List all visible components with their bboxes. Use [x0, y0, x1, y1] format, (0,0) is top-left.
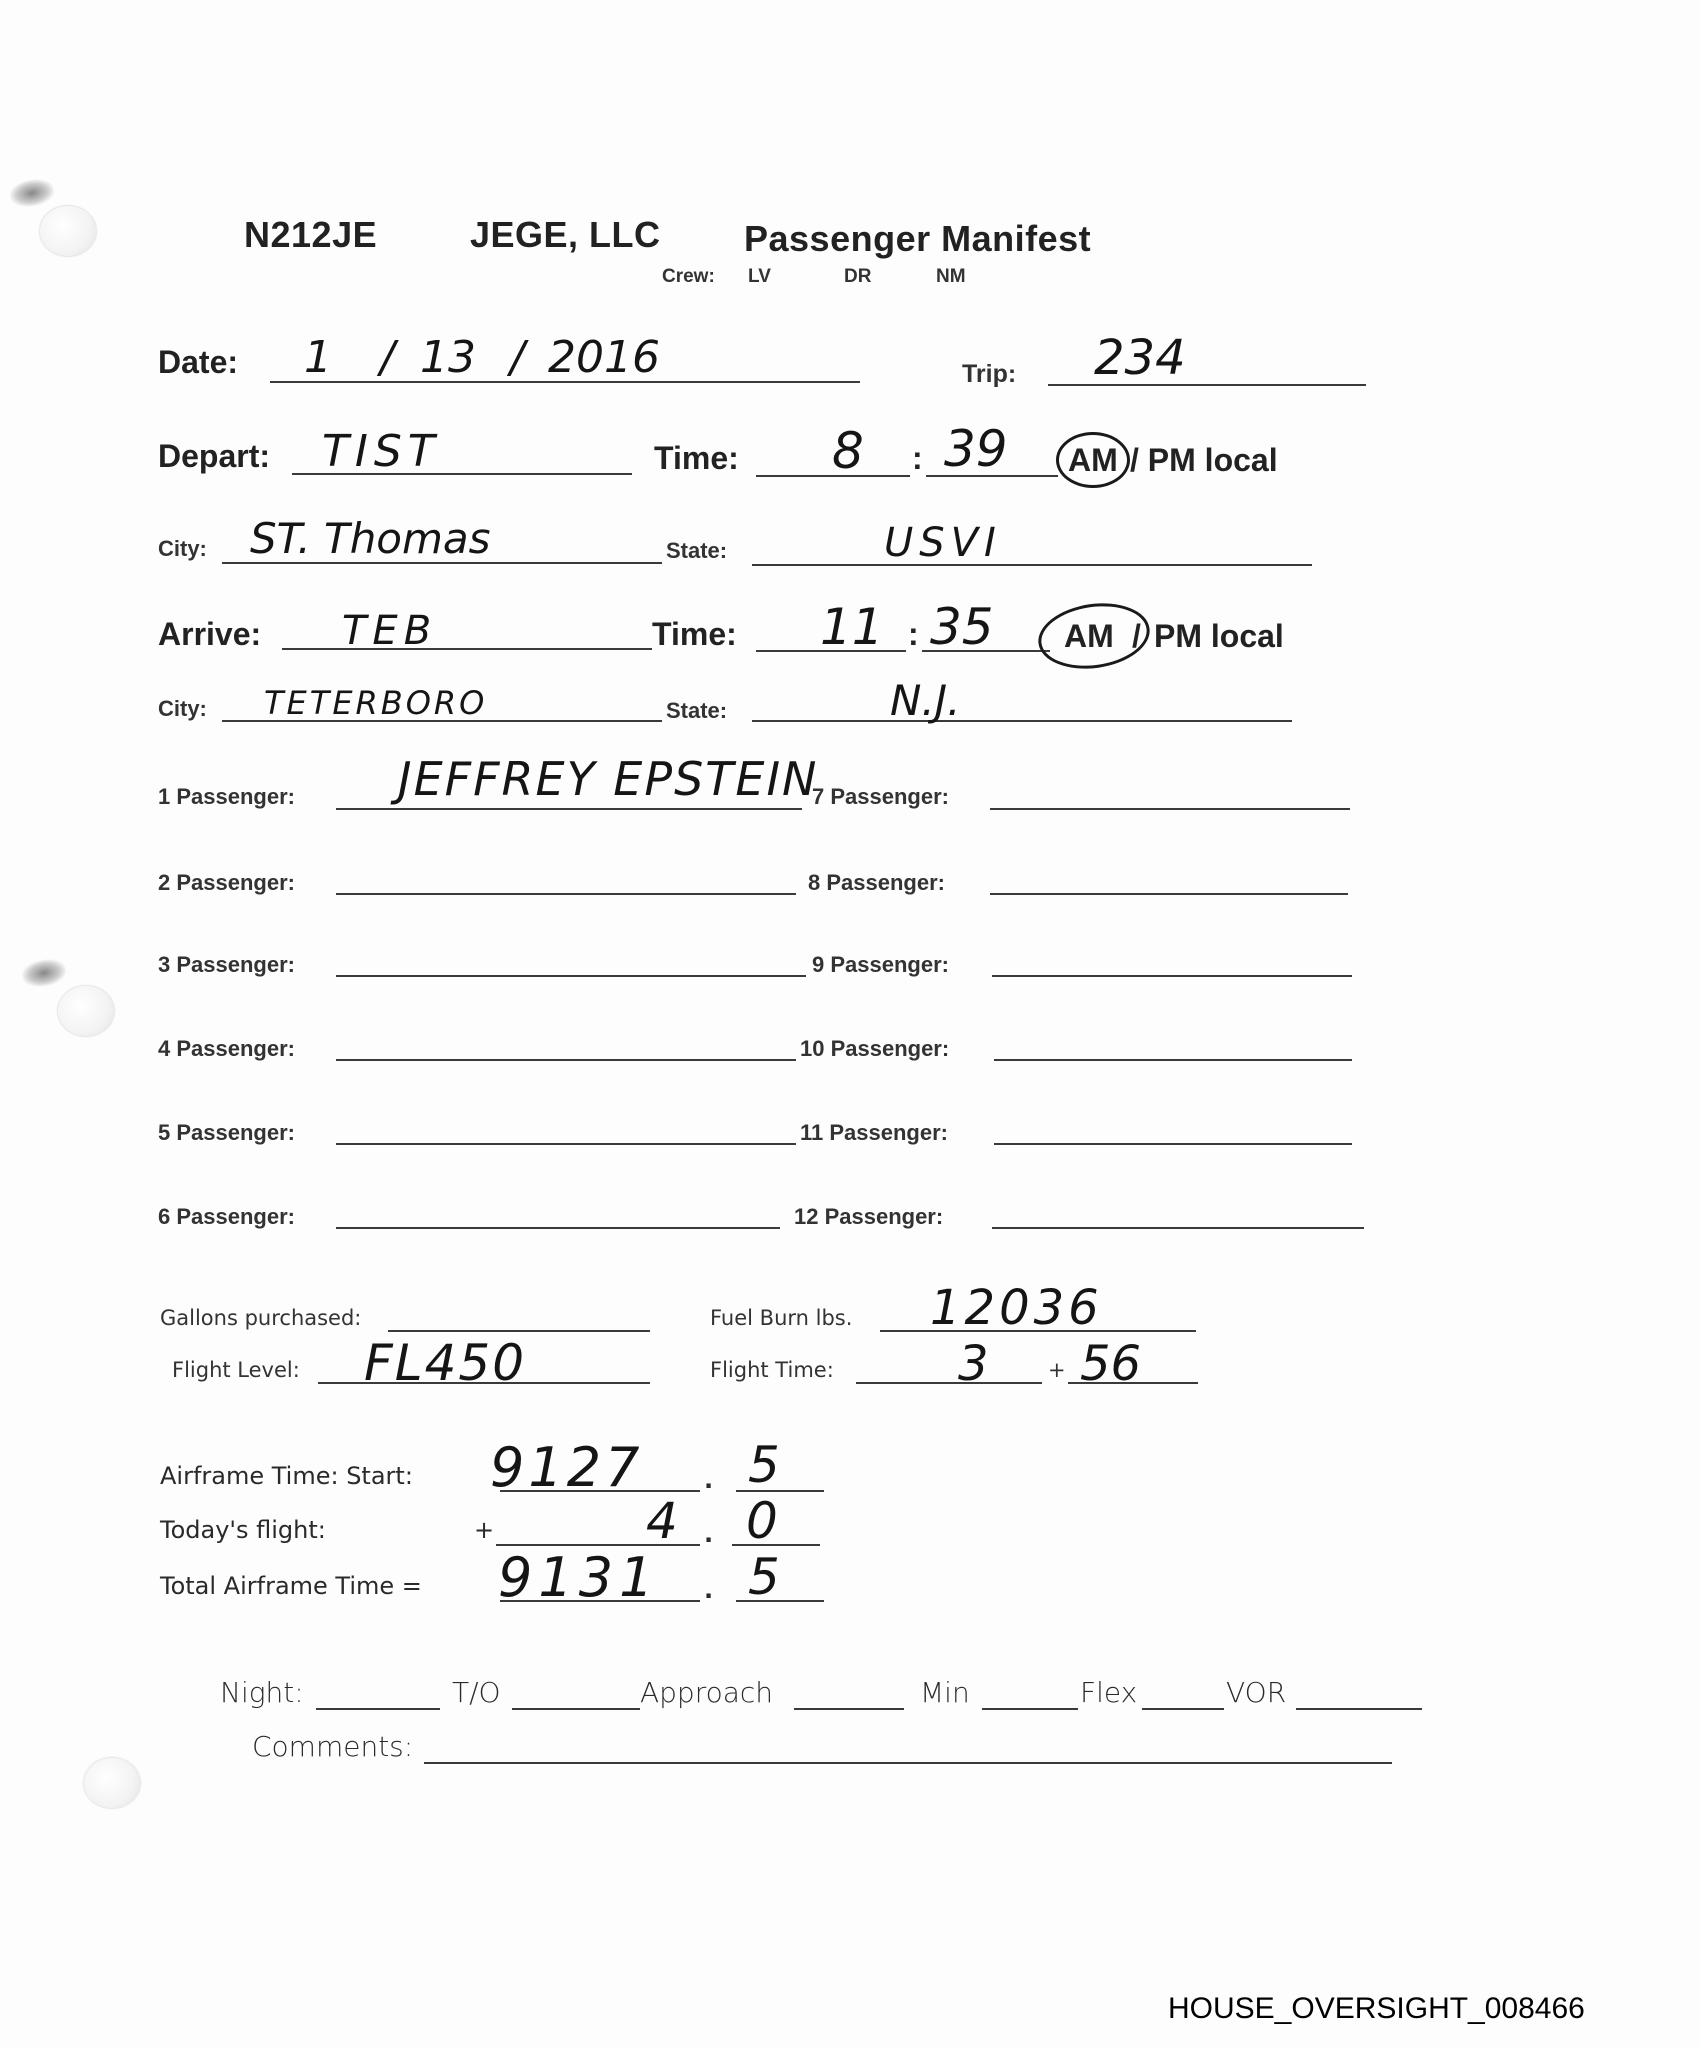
total-airframe-label: Total Airframe Time = [160, 1572, 422, 1600]
minimums-field[interactable] [982, 1708, 1078, 1710]
vor-field[interactable] [1296, 1708, 1422, 1710]
passenger-11-field[interactable] [994, 1143, 1352, 1145]
todays-flight-dot: . [704, 1520, 713, 1548]
passenger-12-label: 12 Passenger: [794, 1204, 943, 1230]
arrive-time-colon: : [908, 616, 919, 653]
passenger-10-label: 10 Passenger: [800, 1036, 949, 1062]
passenger-1-label: 1 Passenger: [158, 784, 295, 810]
arrive-pm-option[interactable]: PM local [1154, 618, 1284, 655]
passenger-4-label: 4 Passenger: [158, 1036, 295, 1062]
tail-number: N212JE [244, 214, 377, 256]
hole-punch [58, 986, 114, 1036]
depart-minute: 39 [944, 420, 1008, 478]
hole-punch [84, 1758, 140, 1808]
flight-level-value: FL450 [364, 1334, 526, 1392]
arrive-label: Arrive: [158, 616, 261, 653]
airframe-start-label: Airframe Time: Start: [160, 1462, 413, 1490]
bates-number: HOUSE_OVERSIGHT_008466 [1168, 1992, 1585, 2026]
passenger-5-label: 5 Passenger: [158, 1120, 295, 1146]
passenger-10-field[interactable] [994, 1059, 1352, 1061]
fuel-burn-label: Fuel Burn lbs. [710, 1306, 852, 1330]
todays-flight-tenth: 0 [746, 1492, 778, 1550]
depart-value: TIST [322, 426, 441, 477]
todays-flight-whole: 4 [646, 1492, 678, 1550]
depart-state-field[interactable] [752, 564, 1312, 566]
comments-field[interactable] [424, 1762, 1392, 1764]
flex-field[interactable] [1142, 1708, 1224, 1710]
arrive-value: TEB [342, 608, 437, 654]
passenger-2-label: 2 Passenger: [158, 870, 295, 896]
gallons-field[interactable] [388, 1330, 650, 1332]
passenger-9-field[interactable] [992, 975, 1352, 977]
date-month: 1 [304, 332, 332, 383]
night-field[interactable] [316, 1708, 440, 1710]
arrive-time-label: Time: [652, 616, 737, 653]
date-separator: / [380, 332, 395, 383]
passenger-12-field[interactable] [992, 1227, 1364, 1229]
arrive-slash: / [1132, 618, 1141, 655]
passenger-4-field[interactable] [336, 1059, 796, 1061]
passenger-6-field[interactable] [336, 1227, 780, 1229]
date-label: Date: [158, 344, 238, 381]
scan-smudge [20, 956, 68, 989]
takeoff-field[interactable] [512, 1708, 640, 1710]
passenger-5-field[interactable] [336, 1143, 796, 1145]
todays-flight-plus: + [474, 1516, 494, 1544]
passenger-3-field[interactable] [336, 975, 806, 977]
depart-hour: 8 [832, 422, 864, 480]
crew-label: Crew: [662, 266, 715, 288]
flight-time-hours-field[interactable] [856, 1382, 1042, 1384]
depart-city-value: ST. Thomas [250, 514, 491, 563]
crew-member-3: NM [936, 266, 966, 288]
date-year: 2016 [548, 332, 660, 383]
flight-time-plus: + [1048, 1358, 1066, 1382]
arrive-city-value: TETERBORO [264, 684, 487, 722]
passenger-11-label: 11 Passenger: [800, 1120, 948, 1146]
arrive-state-field[interactable] [752, 720, 1292, 722]
depart-city-label: City: [158, 536, 207, 562]
trip-value: 234 [1094, 330, 1186, 386]
airframe-start-whole: 9127 [490, 1436, 643, 1499]
passenger-8-field[interactable] [990, 893, 1348, 895]
page-title: Passenger Manifest [744, 218, 1091, 260]
passenger-9-label: 9 Passenger: [812, 952, 949, 978]
total-airframe-dot: . [704, 1576, 713, 1604]
crew-member-2: DR [844, 266, 871, 288]
passenger-2-field[interactable] [336, 893, 796, 895]
comments-label: Comments: [252, 1730, 413, 1763]
company-name: JEGE, LLC [470, 214, 661, 256]
depart-pm-option[interactable]: / PM local [1130, 442, 1278, 479]
flight-time-label: Flight Time: [710, 1358, 834, 1382]
date-day: 13 [420, 332, 476, 383]
crew-member-1: LV [748, 266, 771, 288]
depart-am-option[interactable]: AM [1068, 442, 1118, 479]
airframe-start-dot: . [704, 1466, 713, 1494]
arrive-field[interactable] [282, 648, 652, 650]
hole-punch [40, 206, 96, 256]
arrive-minute: 35 [930, 598, 994, 656]
total-airframe-whole: 9131 [498, 1546, 659, 1609]
flight-time-minutes: 56 [1080, 1336, 1141, 1392]
passenger-1-field[interactable] [336, 808, 802, 810]
approach-field[interactable] [794, 1708, 904, 1710]
passenger-3-label: 3 Passenger: [158, 952, 295, 978]
fuel-burn-value: 12036 [930, 1280, 1103, 1336]
depart-state-value: USVI [884, 520, 1002, 566]
total-airframe-tenth: 5 [748, 1548, 780, 1606]
night-label: Night: [220, 1676, 304, 1709]
flight-level-label: Flight Level: [172, 1358, 300, 1382]
scan-smudge [8, 176, 56, 209]
depart-time-colon: : [912, 440, 923, 477]
passenger-7-field[interactable] [990, 808, 1350, 810]
manifest-page: N212JE JEGE, LLC Passenger Manifest Crew… [0, 0, 1700, 2048]
passenger-1-value: JEFFREY EPSTEIN [398, 752, 818, 806]
depart-label: Depart: [158, 438, 270, 475]
arrive-am-option[interactable]: AM [1064, 618, 1114, 655]
vor-label: VOR [1226, 1676, 1286, 1709]
date-separator: / [510, 332, 525, 383]
arrive-state-value: N.J. [890, 676, 961, 725]
flight-time-hours: 3 [958, 1336, 989, 1392]
passenger-6-label: 6 Passenger: [158, 1204, 295, 1230]
todays-flight-label: Today's flight: [160, 1516, 326, 1544]
airframe-start-tenth: 5 [748, 1436, 780, 1494]
minimums-label: Min [920, 1676, 970, 1709]
approach-label: Approach [640, 1676, 773, 1709]
depart-state-label: State: [666, 538, 727, 564]
arrive-city-label: City: [158, 696, 207, 722]
takeoff-label: T/O [452, 1676, 501, 1709]
arrive-state-label: State: [666, 698, 727, 724]
passenger-7-label: 7 Passenger: [812, 784, 949, 810]
gallons-label: Gallons purchased: [160, 1306, 361, 1330]
trip-label: Trip: [962, 360, 1016, 389]
arrive-hour: 11 [820, 598, 884, 656]
depart-time-label: Time: [654, 440, 739, 477]
flex-label: Flex [1080, 1676, 1137, 1709]
passenger-8-label: 8 Passenger: [808, 870, 945, 896]
